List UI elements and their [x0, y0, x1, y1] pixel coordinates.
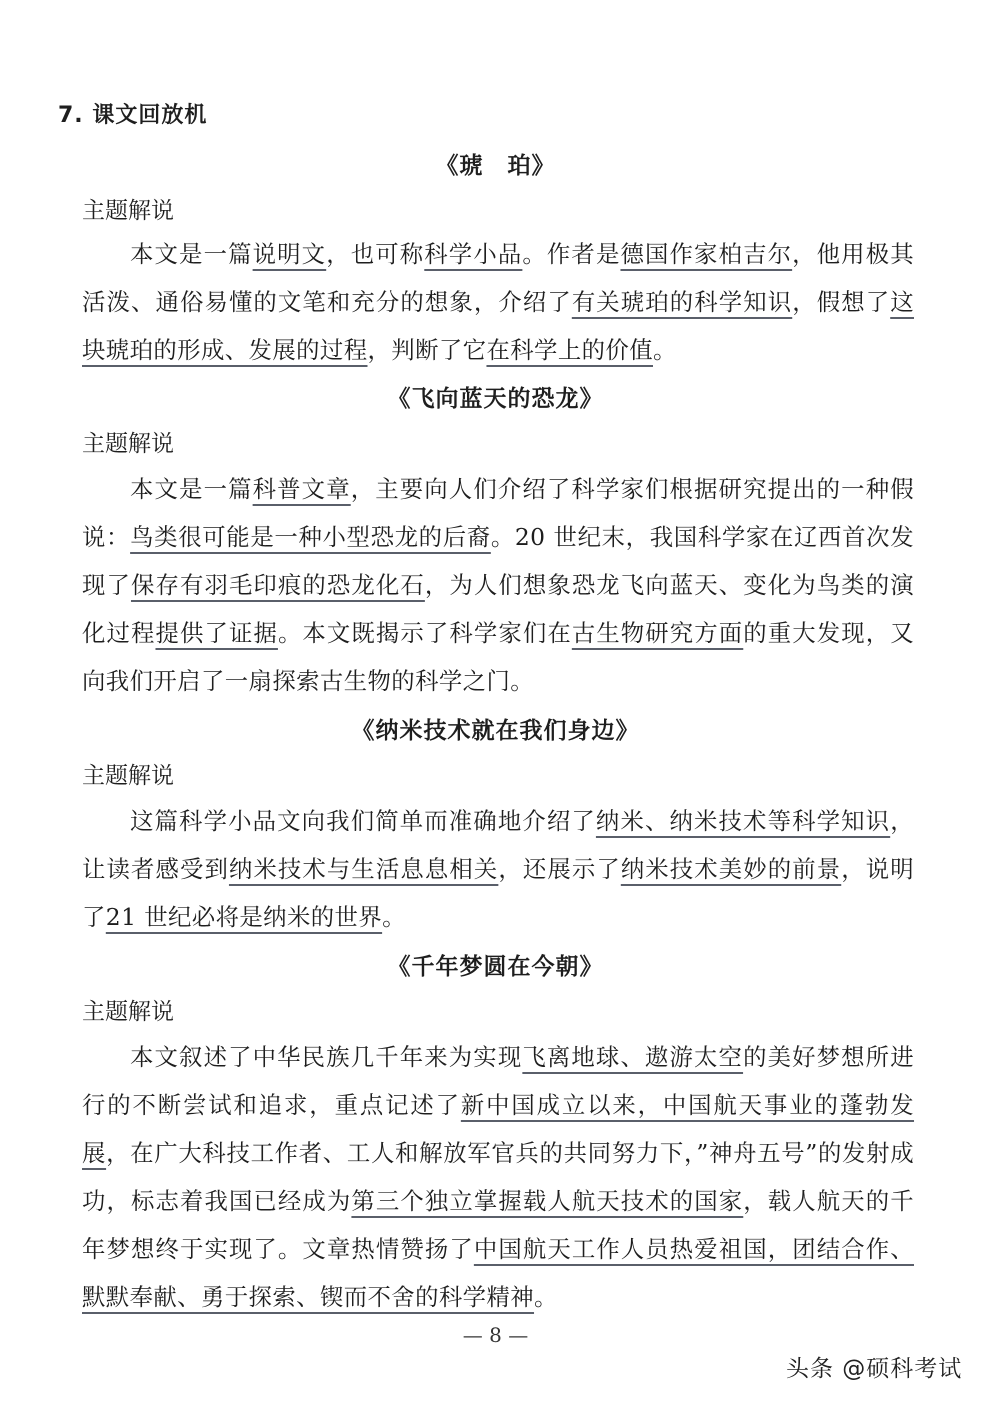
article-title-amber: 《琥 珀》: [0, 147, 991, 180]
watermark: 头条 @硕科考试: [786, 1350, 962, 1383]
article-paragraph: 本文叙述了中华民族几千年来为实现飞离地球、遨游太空的美好梦想所进行的不断尝试和追…: [82, 1033, 914, 1321]
key-phrase: 古生物研究方面: [572, 619, 743, 647]
article-title-space-dream: 《千年梦圆在今朝》: [0, 948, 991, 981]
text-run: 本文叙述了中华民族几千年来为实现: [130, 1043, 522, 1071]
text-run: 。: [534, 1283, 558, 1311]
text-run: ，也可称: [326, 240, 424, 268]
key-phrase: 说明文: [253, 240, 327, 268]
article-title-nanotech: 《纳米技术就在我们身边》: [0, 712, 991, 745]
article-paragraph: 本文是一篇科普文章，主要向人们介绍了科学家们根据研究提出的一种假说：鸟类很可能是…: [82, 465, 914, 705]
text-run: ，还展示了: [498, 855, 620, 883]
theme-label: 主题解说: [82, 757, 174, 790]
theme-label: 主题解说: [82, 993, 174, 1026]
key-phrase: 有关琥珀的科学知识: [572, 288, 792, 316]
key-phrase: 德国作家柏吉尔: [620, 240, 792, 268]
key-phrase: 纳米、纳米技术等科学知识: [596, 807, 890, 835]
key-phrase: 科普文章: [253, 475, 351, 503]
text-run: ，判断了它: [368, 336, 487, 364]
article-paragraph: 这篇科学小品文向我们简单而准确地介绍了纳米、纳米技术等科学知识，让读者感受到纳米…: [82, 797, 914, 941]
theme-label: 主题解说: [82, 192, 174, 225]
key-phrase: 在科学上的价值: [486, 336, 653, 364]
text-run: 。: [653, 336, 677, 364]
key-phrase: 提供了证据: [155, 619, 277, 647]
page-number: — 8 —: [0, 1323, 991, 1347]
key-phrase: 第三个独立掌握载人航天技术的国家: [351, 1187, 743, 1215]
text-run: 本文是一篇: [130, 240, 253, 268]
key-phrase: 飞离地球、遨游太空: [522, 1043, 743, 1071]
key-phrase: 纳米技术美妙的前景: [621, 855, 841, 883]
text-run: 。本文既揭示了科学家们在: [278, 619, 572, 647]
text-run: 。: [382, 903, 406, 931]
text-run: ，假想了: [792, 288, 890, 316]
text-run: 。作者是: [522, 240, 620, 268]
key-phrase: 21 世纪必将是纳米的世界: [106, 903, 382, 931]
key-phrase: 鸟类很可能是一种小型恐龙的后裔: [130, 523, 491, 551]
theme-label: 主题解说: [82, 425, 174, 458]
article-title-dinosaur: 《飞向蓝天的恐龙》: [0, 380, 991, 413]
key-phrase: 纳米技术与生活息息相关: [229, 855, 498, 883]
article-paragraph: 本文是一篇说明文，也可称科学小品。作者是德国作家柏吉尔，他用极其活泼、通俗易懂的…: [82, 230, 914, 374]
key-phrase: 保存有羽毛印痕的恐龙化石: [131, 571, 425, 599]
key-phrase: 科学小品: [424, 240, 522, 268]
text-run: 本文是一篇: [130, 475, 253, 503]
text-run: 这篇科学小品文向我们简单而准确地介绍了: [130, 807, 596, 835]
section-heading: 7. 课文回放机: [58, 98, 207, 129]
